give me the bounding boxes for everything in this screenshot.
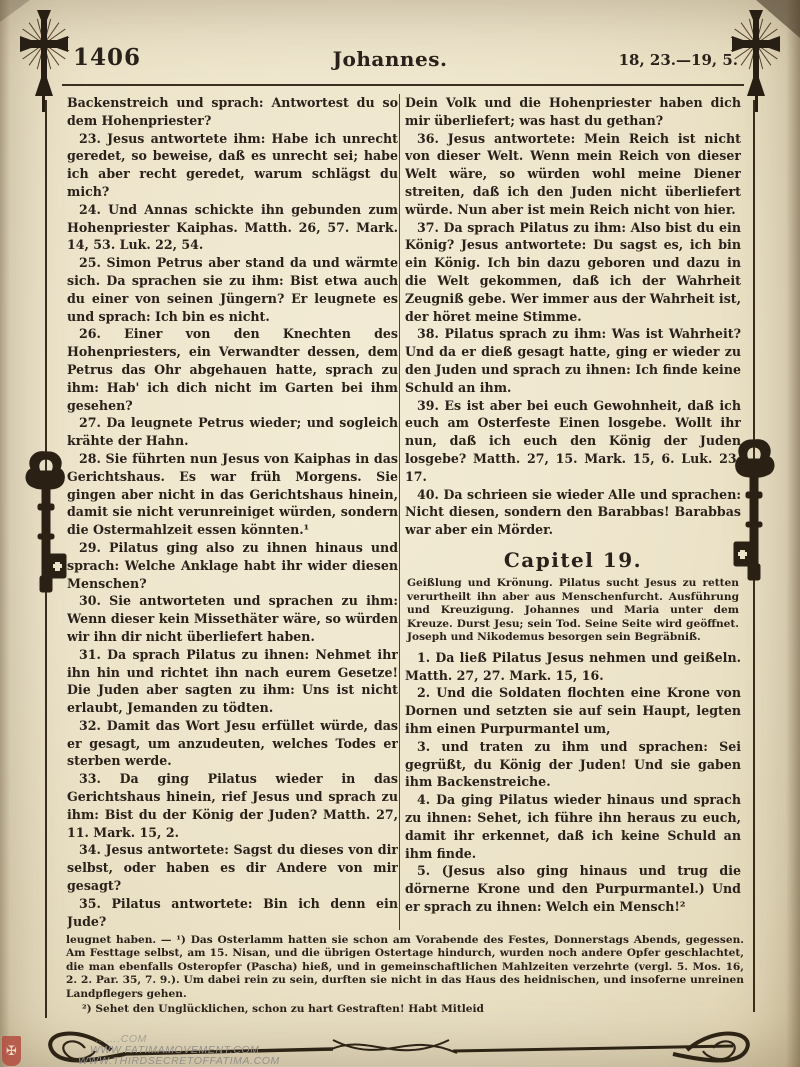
verse-paragraph: 2. Und die Soldaten flochten eine Krone … xyxy=(405,684,741,737)
verse-paragraph: 32. Damit das Wort Jesu erfüllet würde, … xyxy=(67,717,398,770)
verse-paragraph: 23. Jesus antwortete ihm: Habe ich unrec… xyxy=(67,130,398,201)
verse-paragraph: 24. Und Annas schickte ihn gebunden zum … xyxy=(67,201,398,254)
verse-paragraph: 1. Da ließ Pilatus Jesus nehmen und geiß… xyxy=(405,649,741,685)
verse-paragraph: 26. Einer von den Knechten des Hohenprie… xyxy=(67,325,398,414)
bible-page-scan: 1406 Johannes. 18, 23.—19, 5. xyxy=(0,0,800,1067)
cross-glyph-icon: ✠ xyxy=(6,1044,17,1059)
left-edge-shadow xyxy=(0,0,10,1067)
verse-paragraph: 40. Da schrieen sie wieder Alle und spra… xyxy=(405,486,741,539)
left-text-column: Backenstreich und sprach: Antwortest du … xyxy=(67,94,398,934)
watermark-crest-logo: ✠ xyxy=(2,1036,21,1066)
verse-paragraph: 31. Da sprach Pilatus zu ihnen: Nehmet i… xyxy=(67,646,398,717)
verse-paragraph: 38. Pilatus sprach zu ihm: Was ist Wahrh… xyxy=(405,325,741,396)
column-divider-line xyxy=(399,94,400,930)
right-text-column: Dein Volk und die Hohenpriester haben di… xyxy=(405,94,741,934)
watermark-url: WWW.THIRDSECRETOFFATIMA.COM xyxy=(78,1055,280,1067)
verse-paragraph: 5. (Jesus also ging hinaus und trug die … xyxy=(405,862,741,915)
verse-paragraph: 29. Pilatus ging also zu ihnen hinaus un… xyxy=(67,539,398,592)
verse-range: 18, 23.—19, 5. xyxy=(619,51,738,69)
verse-paragraph: 35. Pilatus antwortete: Bin ich denn ein… xyxy=(67,895,398,931)
footnote: ²) Sehet den Unglücklichen, schon zu har… xyxy=(66,1003,744,1016)
right-edge-shadow xyxy=(786,0,800,1067)
verse-paragraph: 3. und traten zu ihm und sprachen: Sei g… xyxy=(405,738,741,791)
footnotes-block: leugnet haben. — ¹) Das Osterlamm hatten… xyxy=(66,934,744,1016)
verse-paragraph: 25. Simon Petrus aber stand da und wärmt… xyxy=(67,254,398,325)
verse-paragraph: 30. Sie antworteten und sprachen zu ihm:… xyxy=(67,592,398,645)
verse-paragraph: 28. Sie führten nun Jesus von Kaiphas in… xyxy=(67,450,398,539)
verse-paragraph: 33. Da ging Pilatus wieder in das Gerich… xyxy=(67,770,398,841)
verse-paragraph: 37. Da sprach Pilatus zu ihm: Also bist … xyxy=(405,219,741,326)
verse-paragraph: 39. Es ist aber bei euch Gewohnheit, daß… xyxy=(405,397,741,486)
verse-paragraph: Dein Volk und die Hohenpriester haben di… xyxy=(405,94,741,130)
chapter-heading: Capitel 19. xyxy=(405,548,741,572)
key-ornament-icon xyxy=(22,450,68,622)
footnote: leugnet haben. — ¹) Das Osterlamm hatten… xyxy=(66,934,744,1001)
verse-paragraph: 4. Da ging Pilatus wieder hinaus und spr… xyxy=(405,791,741,862)
header-rule xyxy=(62,84,744,86)
verse-paragraph: Backenstreich und sprach: Antwortest du … xyxy=(67,94,398,130)
verse-paragraph: 36. Jesus antwortete: Mein Reich ist nic… xyxy=(405,130,741,219)
verse-paragraph: 27. Da leugnete Petrus wieder; und sogle… xyxy=(67,414,398,450)
chapter-summary: Geißlung und Krönung. Pilatus sucht Jesu… xyxy=(407,577,739,645)
verse-paragraph: 34. Jesus antwortete: Sagst du dieses vo… xyxy=(67,841,398,894)
